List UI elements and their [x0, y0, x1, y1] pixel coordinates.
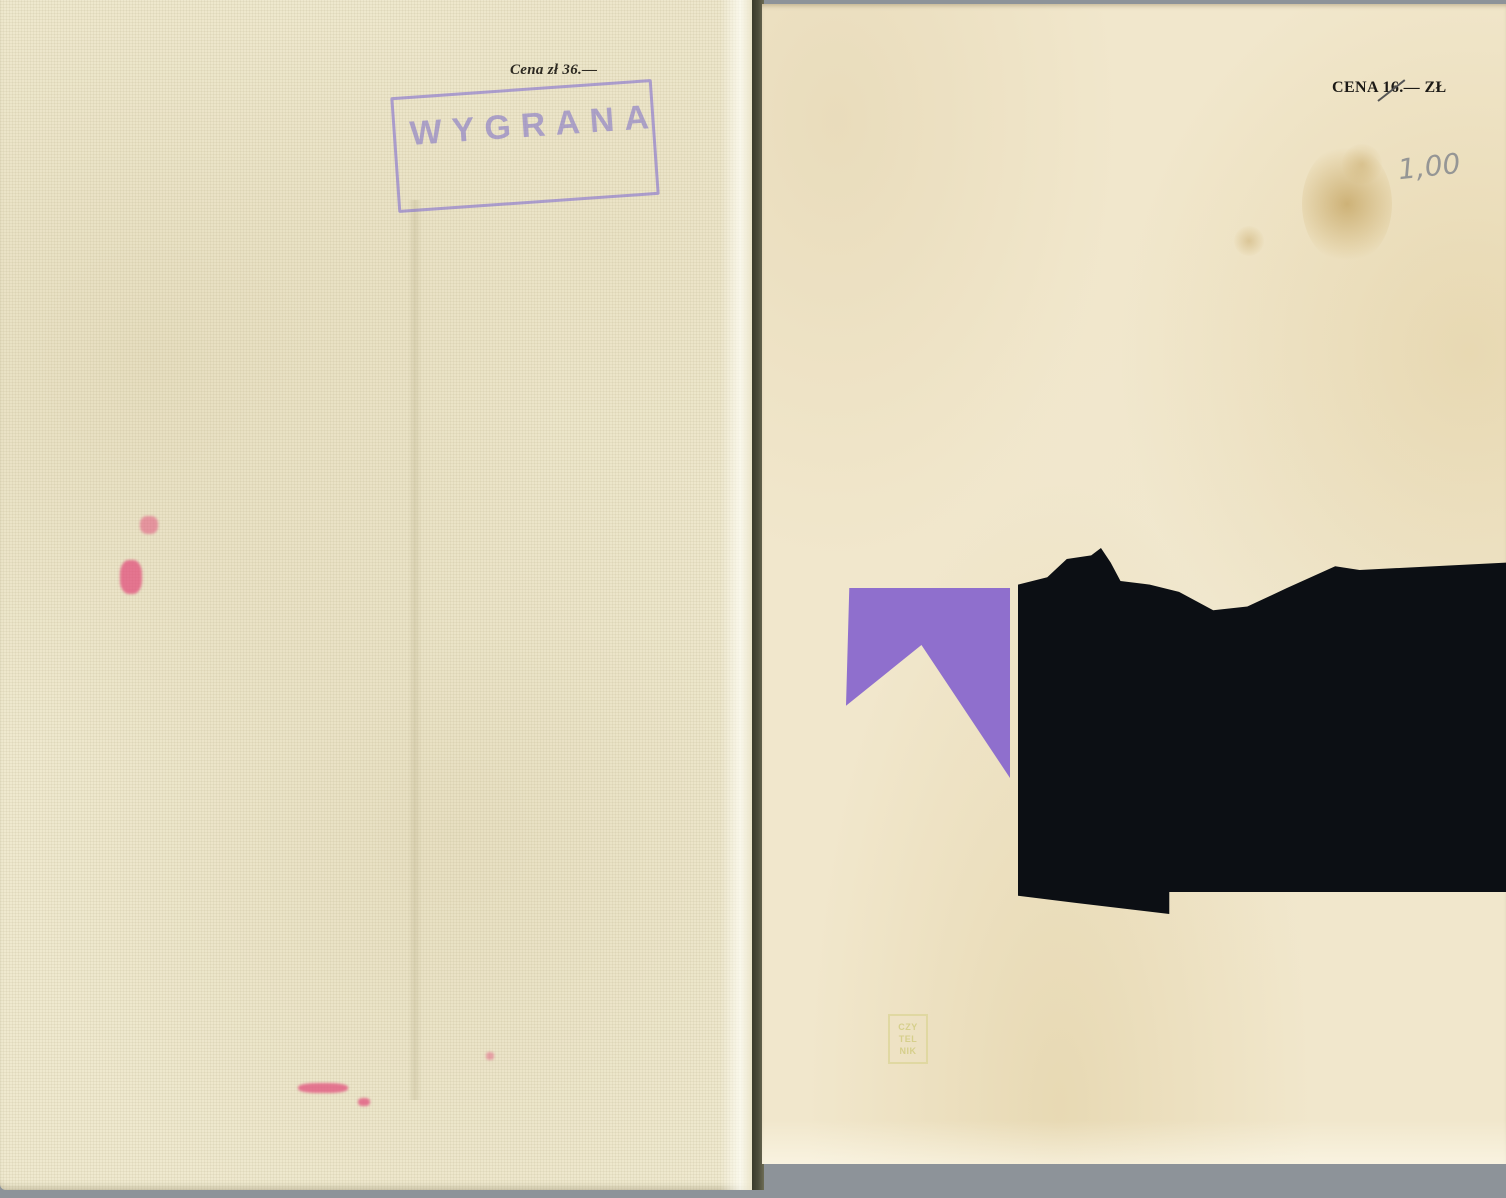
logo-line-2: TEL: [899, 1034, 918, 1045]
handwritten-price: 1,00: [1396, 147, 1461, 186]
logo-line-1: CZY: [898, 1022, 918, 1033]
pink-stain: [358, 1098, 370, 1106]
cover-crease: [408, 200, 422, 1100]
publisher-logo-icon: CZY TEL NIK: [888, 1014, 928, 1064]
right-price-label: CENA 16.— ZŁ: [1332, 79, 1447, 97]
left-price-label: Cena zł 36.—: [510, 62, 597, 79]
pink-stain: [120, 560, 142, 594]
pink-stain: [486, 1052, 494, 1060]
spine-edge: [720, 0, 754, 1190]
pink-stain: [140, 516, 158, 534]
cover-wear: [762, 1120, 1506, 1164]
pink-stain: [298, 1083, 348, 1093]
water-stain: [1234, 226, 1264, 256]
left-book-back-cover: Cena zł 36.— WYGRANA: [0, 0, 754, 1190]
library-stamp: WYGRANA: [390, 79, 659, 213]
stamp-text: WYGRANA: [409, 98, 661, 154]
black-torn-shape: [1018, 548, 1506, 914]
logo-line-3: NIK: [900, 1046, 917, 1057]
water-stain: [1342, 144, 1382, 184]
